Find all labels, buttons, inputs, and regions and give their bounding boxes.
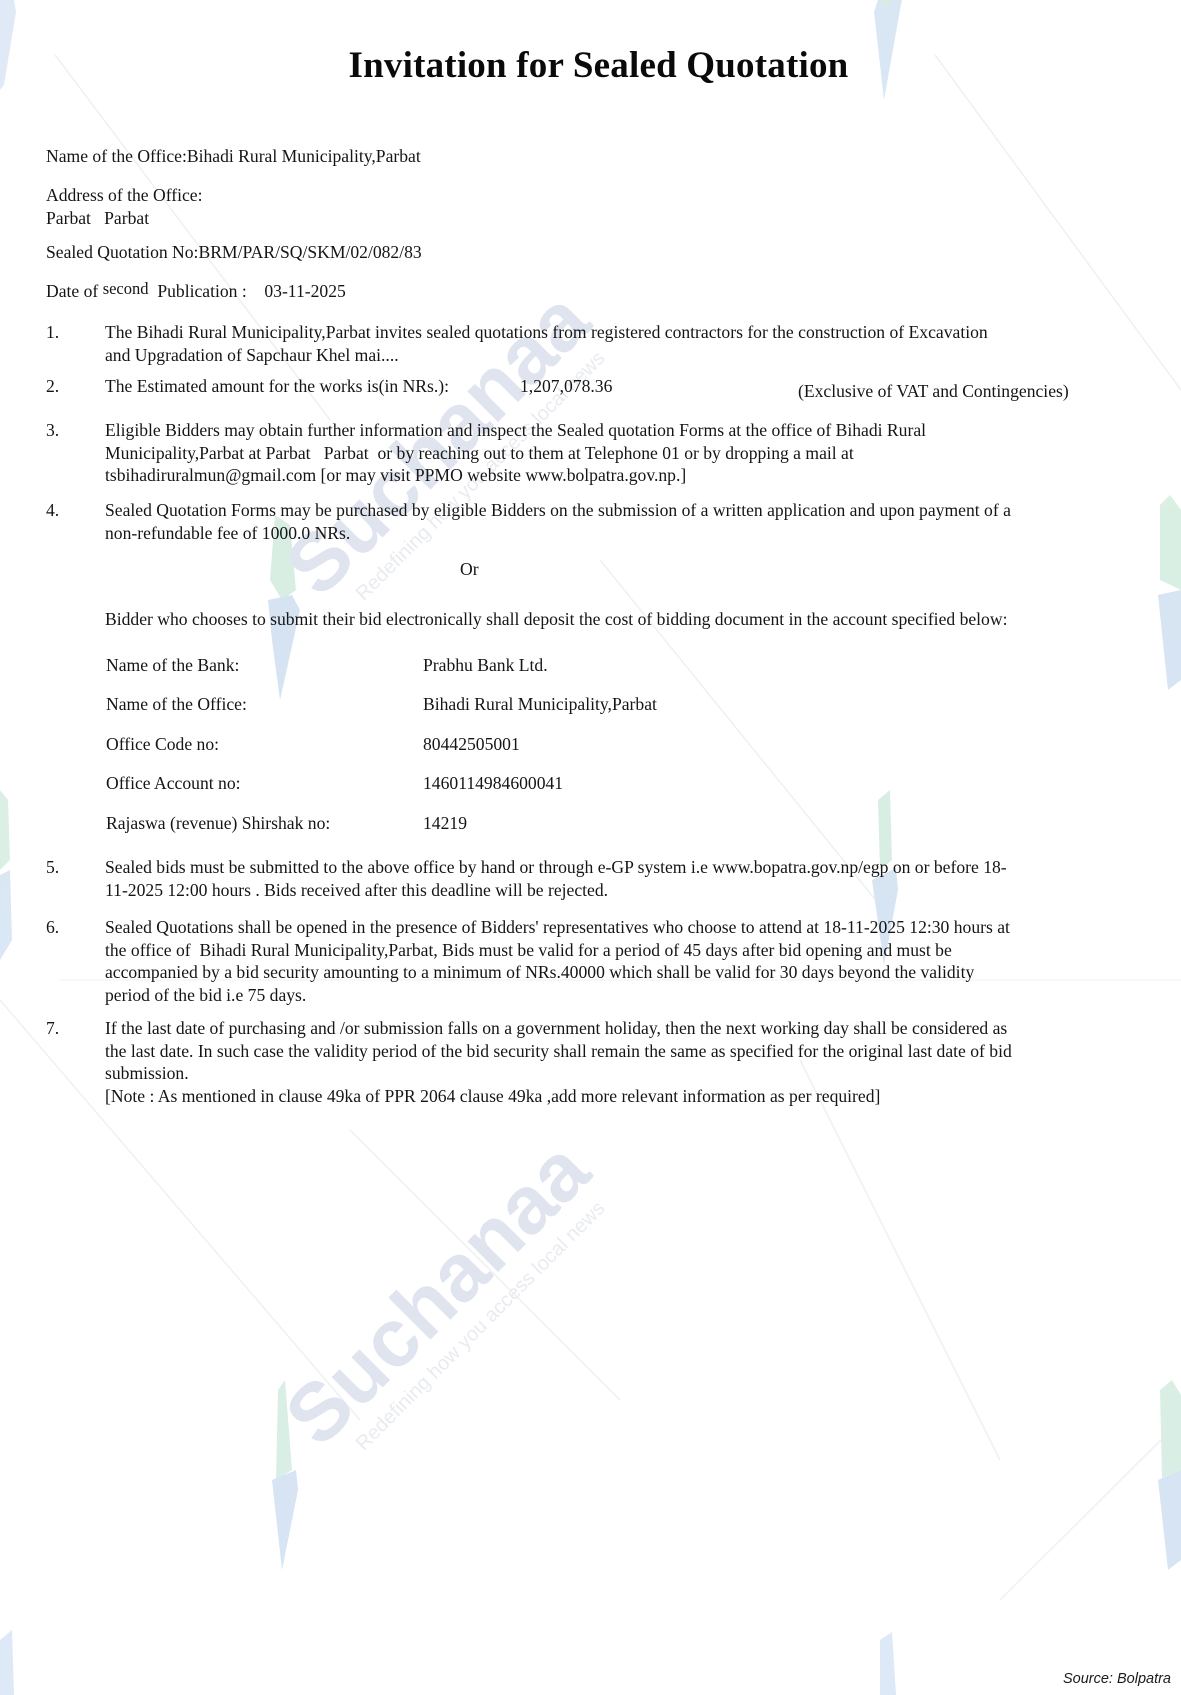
source-credit: Source: Bolpatra [1063, 1671, 1171, 1687]
clause-3-line: tsbihadiruralmun@gmail.com [or may visit… [105, 464, 1135, 487]
clause-6-text: Sealed Quotations shall be opened in the… [105, 916, 1135, 1006]
bank-name-value: Prabhu Bank Ltd. [423, 654, 548, 677]
clause-6-number: 6. [46, 916, 59, 939]
clause-7-line: the last date. In such case the validity… [105, 1040, 1135, 1063]
clause-5-line: 11-2025 12:00 hours . Bids received afte… [105, 879, 1135, 902]
office-name-label-bank: Name of the Office: [106, 693, 247, 716]
clause-6-line: period of the bid i.e 75 days. [105, 984, 1135, 1007]
clause-3-line: Municipality,Parbat at Parbat Parbat or … [105, 442, 1135, 465]
quotation-number-value: BRM/PAR/SQ/SKM/02/082/83 [198, 242, 421, 262]
office-code-value: 80442505001 [423, 733, 520, 756]
clause-2-text: The Estimated amount for the works is(in… [105, 375, 449, 398]
account-number-value: 1460114984600041 [423, 772, 563, 795]
clause-4-number: 4. [46, 499, 59, 522]
revenue-head-value: 14219 [423, 812, 467, 835]
bank-name-label: Name of the Bank: [106, 654, 239, 677]
clause-6-line: the office of Bihadi Rural Municipality,… [105, 939, 1135, 962]
office-name-value: Bihadi Rural Municipality,Parbat [187, 146, 421, 166]
clause-1-text: The Bihadi Rural Municipality,Parbat inv… [105, 321, 1135, 366]
publication-label-word: second [103, 279, 149, 298]
office-code-label: Office Code no: [106, 733, 219, 756]
quotation-number-label: Sealed Quotation No: [46, 242, 198, 262]
amount-note: (Exclusive of VAT and Contingencies) [798, 380, 1069, 403]
clause-1-line: and Upgradation of Sapchaur Khel mai.... [105, 344, 1135, 367]
publication-label-prefix: Date of [46, 281, 98, 301]
clause-2-number: 2. [46, 375, 59, 398]
clause-7-note: [Note : As mentioned in clause 49ka of P… [105, 1085, 1135, 1108]
clause-7-text: If the last date of purchasing and /or s… [105, 1017, 1135, 1107]
clause-1-number: 1. [46, 321, 59, 344]
office-name-value-bank: Bihadi Rural Municipality,Parbat [423, 693, 657, 716]
clause-5-number: 5. [46, 856, 59, 879]
clause-6-line: accompanied by a bid security amounting … [105, 961, 1135, 984]
clause-3-number: 3. [46, 419, 59, 442]
clause-3-line: Eligible Bidders may obtain further info… [105, 419, 1135, 442]
revenue-head-label: Rajaswa (revenue) Shirshak no: [106, 812, 330, 835]
quotation-number-field: Sealed Quotation No:BRM/PAR/SQ/SKM/02/08… [46, 241, 422, 264]
estimated-amount: 1,207,078.36 [520, 375, 612, 398]
account-number-label: Office Account no: [106, 772, 241, 795]
or-separator: Or [460, 558, 479, 581]
publication-date-value: 03-11-2025 [264, 281, 345, 301]
clause-4-line: Sealed Quotation Forms may be purchased … [105, 499, 1135, 522]
document-page: Invitation for Sealed Quotation Name of … [0, 0, 1181, 1695]
document-title: Invitation for Sealed Quotation [8, 44, 1181, 87]
office-name-field: Name of the Office:Bihadi Rural Municipa… [46, 145, 421, 168]
clause-7-line: If the last date of purchasing and /or s… [105, 1017, 1135, 1040]
publication-date-field: Date of second Publication : 03-11-2025 [46, 280, 346, 304]
address-value: Parbat Parbat [46, 207, 149, 230]
office-name-label: Name of the Office: [46, 146, 187, 166]
clause-6-line: Sealed Quotations shall be opened in the… [105, 916, 1135, 939]
clause-5-text: Sealed bids must be submitted to the abo… [105, 856, 1135, 901]
clause-5-line: Sealed bids must be submitted to the abo… [105, 856, 1135, 879]
clause-4-text: Sealed Quotation Forms may be purchased … [105, 499, 1135, 544]
clause-7-number: 7. [46, 1017, 59, 1040]
address-label: Address of the Office: [46, 184, 203, 207]
clause-3-text: Eligible Bidders may obtain further info… [105, 419, 1135, 487]
clause-1-line: The Bihadi Rural Municipality,Parbat inv… [105, 321, 1135, 344]
publication-label-suffix: Publication : [157, 281, 246, 301]
clause-7-line: submission. [105, 1062, 1135, 1085]
electronic-submission-text: Bidder who chooses to submit their bid e… [105, 608, 1007, 631]
clause-4-line: non-refundable fee of 1000.0 NRs. [105, 522, 1135, 545]
